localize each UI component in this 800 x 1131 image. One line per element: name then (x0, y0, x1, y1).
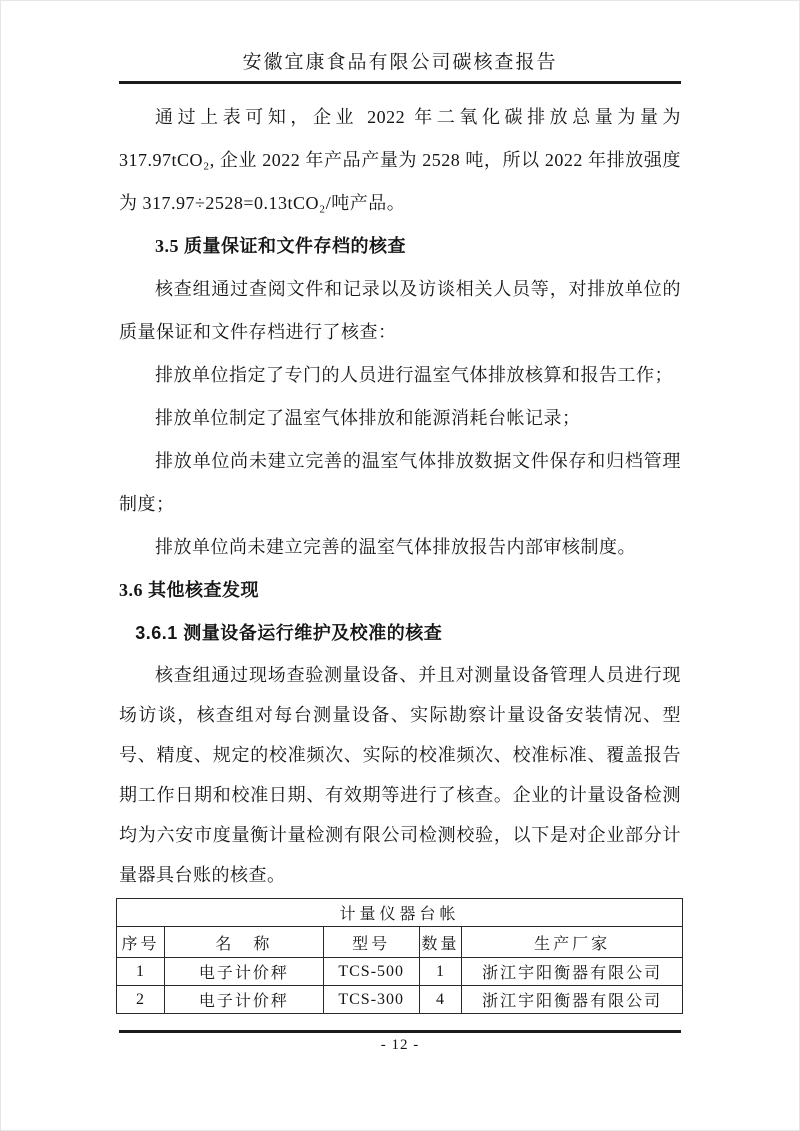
column-header-manufacturer: 生产厂家 (462, 927, 683, 958)
cell-model: TCS-300 (323, 986, 419, 1014)
column-header-name: 名 称 (165, 927, 323, 958)
paragraph-finding-1: 排放单位指定了专门的人员进行温室气体排放核算和报告工作； (119, 354, 681, 397)
section-heading-3-6: 3.6 其他核查发现 (119, 569, 681, 612)
page-number: - 12 - (119, 1033, 681, 1054)
measurement-section: 核查组通过现场查验测量设备、并且对测量设备管理人员进行现场访谈，核查组对每台测量… (119, 655, 681, 895)
paragraph-qa-intro: 核查组通过查阅文件和记录以及访谈相关人员等，对排放单位的质量保证和文件存档进行了… (119, 268, 681, 354)
report-page: 安徽宜康食品有限公司碳核查报告 通过上表可知，企业 2022 年二氧化碳排放总量… (0, 0, 800, 1131)
paragraph-finding-4: 排放单位尚未建立完善的温室气体排放报告内部审核制度。 (119, 526, 681, 569)
table-caption-row: 计量仪器台帐 (117, 899, 683, 927)
cell-manufacturer: 浙江宇阳衡器有限公司 (462, 986, 683, 1014)
document-body: 通过上表可知，企业 2022 年二氧化碳排放总量为量为 317.97tCO₂, … (119, 96, 681, 1014)
cell-quantity: 4 (419, 986, 461, 1014)
meter-ledger-table: 计量仪器台帐 序号 名 称 型号 数量 生产厂家 1 电子计价秤 TCS-500… (116, 898, 683, 1014)
cell-serial: 2 (117, 986, 165, 1014)
page-footer: - 12 - (119, 1030, 681, 1054)
cell-serial: 1 (117, 958, 165, 986)
cell-manufacturer: 浙江宇阳衡器有限公司 (462, 958, 683, 986)
table-header-row: 序号 名 称 型号 数量 生产厂家 (117, 927, 683, 958)
paragraph-finding-3: 排放单位尚未建立完善的温室气体排放数据文件保存和归档管理制度； (119, 440, 681, 526)
column-header-quantity: 数量 (419, 927, 461, 958)
cell-model: TCS-500 (323, 958, 419, 986)
cell-name: 电子计价秤 (165, 986, 323, 1014)
column-header-model: 型号 (323, 927, 419, 958)
table-caption: 计量仪器台帐 (117, 899, 683, 927)
section-heading-3-5: 3.5 质量保证和文件存档的核查 (119, 225, 681, 268)
paragraph-emission-summary: 通过上表可知，企业 2022 年二氧化碳排放总量为量为 317.97tCO₂, … (119, 96, 681, 225)
table-row: 2 电子计价秤 TCS-300 4 浙江宇阳衡器有限公司 (117, 986, 683, 1014)
cell-name: 电子计价秤 (165, 958, 323, 986)
section-heading-3-6-1: 3.6.1 测量设备运行维护及校准的核查 (119, 612, 681, 655)
column-header-serial: 序号 (117, 927, 165, 958)
page-header: 安徽宜康食品有限公司碳核查报告 (119, 1, 681, 84)
paragraph-measurement-check: 核查组通过现场查验测量设备、并且对测量设备管理人员进行现场访谈，核查组对每台测量… (119, 655, 681, 895)
report-title: 安徽宜康食品有限公司碳核查报告 (119, 47, 681, 81)
cell-quantity: 1 (419, 958, 461, 986)
paragraph-finding-2: 排放单位制定了温室气体排放和能源消耗台帐记录； (119, 397, 681, 440)
table-row: 1 电子计价秤 TCS-500 1 浙江宇阳衡器有限公司 (117, 958, 683, 986)
